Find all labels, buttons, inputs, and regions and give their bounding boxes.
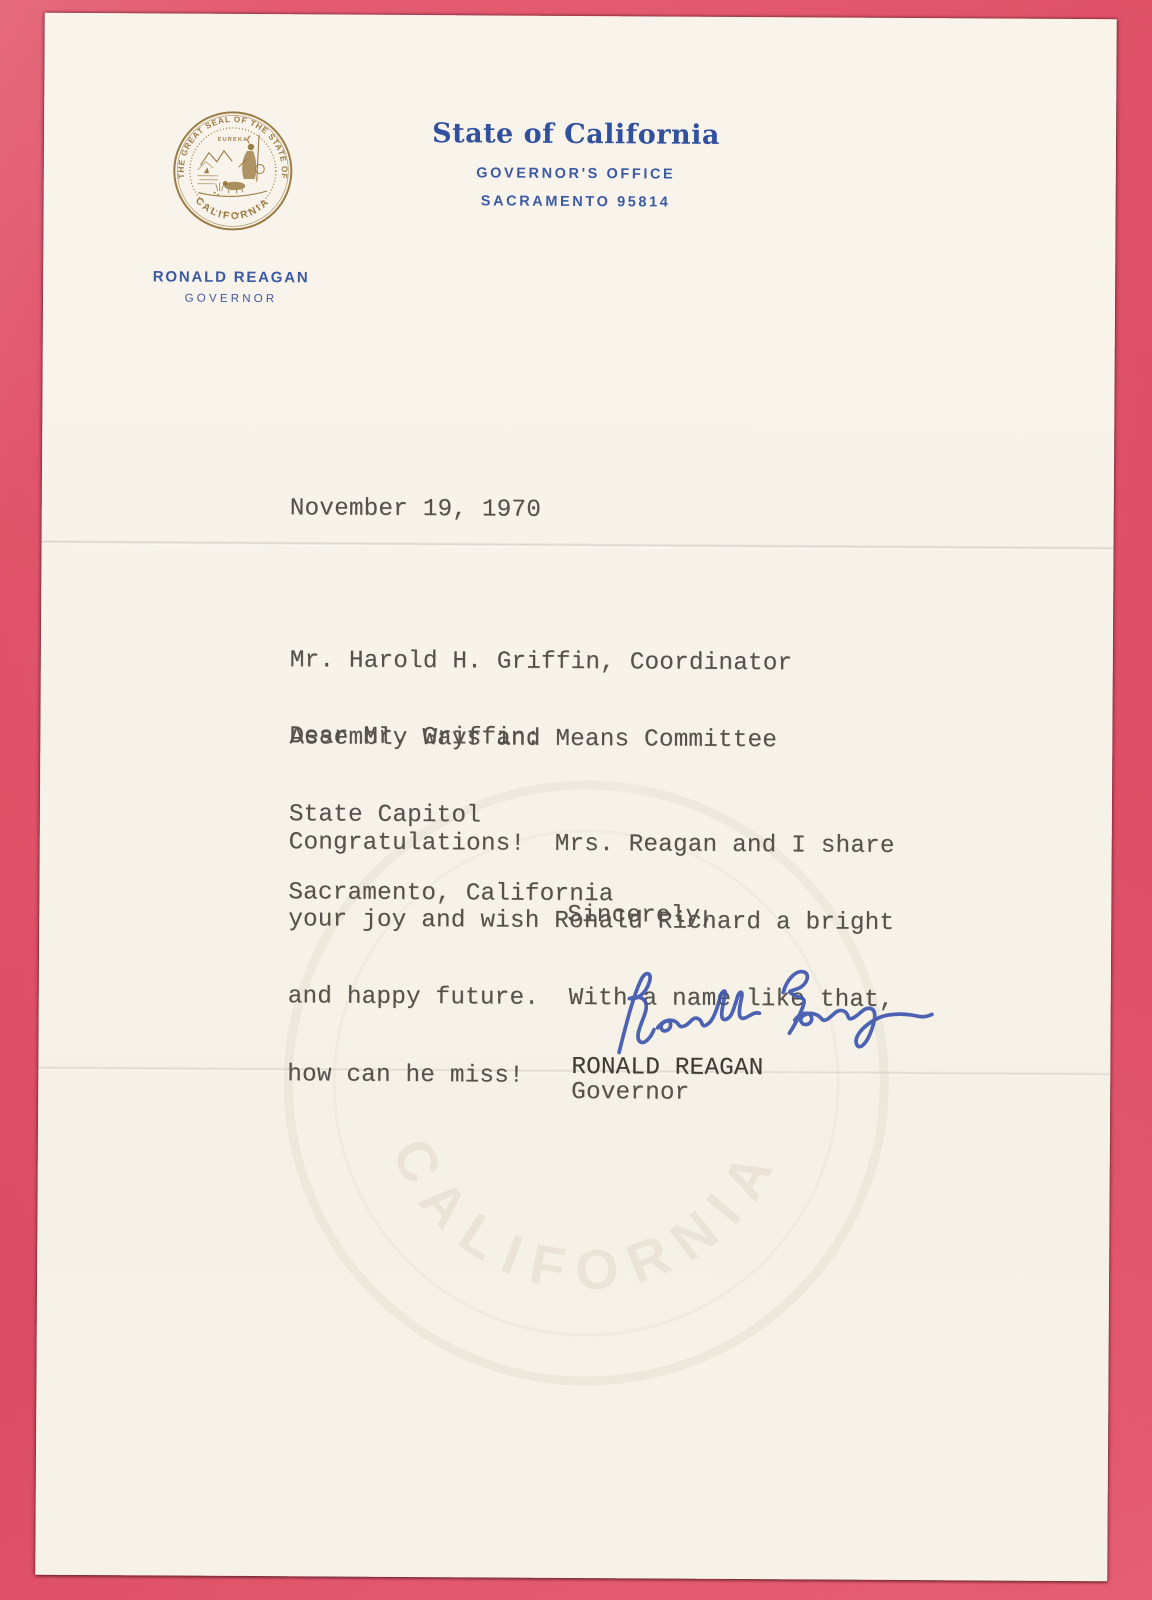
letterhead-city-line: SACRAMENTO 95814 — [376, 193, 776, 211]
salutation: Dear Mr. Griffin: — [289, 724, 540, 751]
closing-line: Sincerely, — [567, 903, 715, 930]
letter-paper: THE GREAT SEAL OF THE STATE OF CALIFORNI… — [35, 13, 1117, 1582]
letterhead-office-block: State of California GOVERNOR'S OFFICE SA… — [376, 119, 777, 211]
body-line: Congratulations! Mrs. Reagan and I share — [289, 830, 895, 859]
signature-autograph — [578, 958, 959, 1066]
typed-signer-title: Governor — [571, 1080, 689, 1107]
letterhead-governor-title: GOVERNOR — [131, 292, 331, 305]
great-seal-of-california-icon: THE GREAT SEAL OF THE STATE OF CALIFORNI… — [170, 109, 295, 234]
svg-text:THE GREAT SEAL OF THE STATE OF: THE GREAT SEAL OF THE STATE OF — [177, 115, 290, 180]
letter-date: November 19, 1970 — [290, 496, 541, 523]
letterhead-office-line: GOVERNOR'S OFFICE — [376, 165, 776, 183]
letterhead-governor-name: RONALD REAGAN — [131, 268, 331, 286]
recipient-line: Mr. Harold H. Griffin, Coordinator — [290, 648, 793, 677]
seal-motto: EUREKA — [218, 137, 249, 143]
letterhead-governor-block: RONALD REAGAN GOVERNOR — [131, 268, 331, 305]
typed-signer-name: RONALD REAGAN — [571, 1055, 763, 1082]
watermark-text: CALIFORNIA — [379, 1128, 792, 1304]
seal-scene — [198, 135, 267, 197]
svg-text:CALIFORNIA: CALIFORNIA — [379, 1128, 792, 1304]
seal-ring-text: THE GREAT SEAL OF THE STATE OF — [177, 115, 290, 180]
letterhead-state-title: State of California — [376, 119, 776, 151]
fold-crease-top — [42, 540, 1114, 552]
